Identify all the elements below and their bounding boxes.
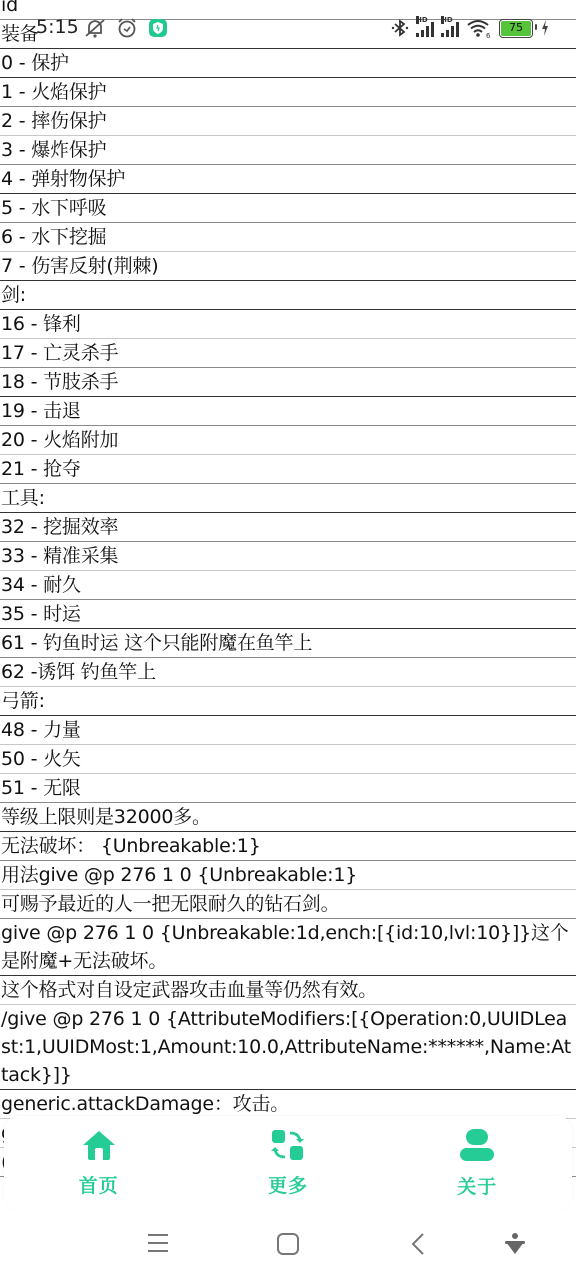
assistant-button[interactable] xyxy=(504,1232,526,1260)
bottom-tab-bar: 首页 更多 关于 xyxy=(4,1116,572,1210)
list-item: 62 -诱饵 钓鱼竿上 xyxy=(0,658,576,687)
list-item: 35 - 时运 xyxy=(0,600,576,629)
list-item: 3 - 爆炸保护 xyxy=(0,136,576,165)
tab-about[interactable]: 关于 xyxy=(417,1128,537,1199)
list-item: 19 - 击退 xyxy=(0,397,576,426)
tab-home-label: 首页 xyxy=(79,1171,119,1198)
list-item: 16 - 锋利 xyxy=(0,310,576,339)
tab-more[interactable]: 更多 xyxy=(228,1129,348,1198)
user-icon xyxy=(459,1128,495,1162)
list-item: /give @p 276 1 0 {AttributeModifiers:[{O… xyxy=(0,1005,576,1090)
list-item: 48 - 力量 xyxy=(0,716,576,745)
list-item: generic.attackDamage：攻击。 xyxy=(0,1090,576,1119)
list-item: 这个格式对自设定武器攻击血量等仍然有效。 xyxy=(0,976,576,1005)
menu-icon xyxy=(146,1232,170,1254)
enchant-list: id 装备 0 - 保护 1 - 火焰保护 2 - 摔伤保护 3 - 爆炸保护 … xyxy=(0,0,576,1177)
more-swap-icon xyxy=(271,1129,305,1161)
list-item: 4 - 弹射物保护 xyxy=(0,165,576,194)
list-item: 0 - 保护 xyxy=(0,49,576,78)
system-nav-bar xyxy=(0,1210,576,1280)
tab-about-label: 关于 xyxy=(457,1172,497,1199)
list-item: 可赐予最近的人一把无限耐久的钻石剑。 xyxy=(0,890,576,919)
list-item: 34 - 耐久 xyxy=(0,571,576,600)
list-item: 等级上限则是32000多。 xyxy=(0,803,576,832)
list-item: 61 - 钓鱼时运 这个只能附魔在鱼竿上 xyxy=(0,629,576,658)
list-item: 51 - 无限 xyxy=(0,774,576,803)
list-item: 33 - 精准采集 xyxy=(0,542,576,571)
home-square-icon xyxy=(276,1232,300,1256)
list-item: 32 - 挖掘效率 xyxy=(0,513,576,542)
section-header-tools: 工具: xyxy=(0,484,576,513)
list-item: 6 - 水下挖掘 xyxy=(0,223,576,252)
home-icon xyxy=(81,1129,117,1161)
list-item: 装备 xyxy=(0,20,576,49)
list-item: 用法give @p 276 1 0 {Unbreakable:1} xyxy=(0,861,576,890)
home-button[interactable] xyxy=(276,1232,300,1260)
section-header-bow: 弓箭: xyxy=(0,687,576,716)
list-item: 7 - 伤害反射(荆棘) xyxy=(0,252,576,281)
list-item: 2 - 摔伤保护 xyxy=(0,107,576,136)
tab-more-label: 更多 xyxy=(268,1171,308,1198)
list-item: 20 - 火焰附加 xyxy=(0,426,576,455)
section-header-sword: 剑: xyxy=(0,281,576,310)
back-icon xyxy=(410,1232,426,1256)
tab-home[interactable]: 首页 xyxy=(39,1129,159,1198)
list-item: 5 - 水下呼吸 xyxy=(0,194,576,223)
list-item: 17 - 亡灵杀手 xyxy=(0,339,576,368)
menu-button[interactable] xyxy=(146,1232,170,1258)
list-item: id xyxy=(0,0,576,20)
list-item: 50 - 火矢 xyxy=(0,745,576,774)
list-item: give @p 276 1 0 {Unbreakable:1d,ench:[{i… xyxy=(0,919,576,976)
list-item: 1 - 火焰保护 xyxy=(0,78,576,107)
list-item: 无法破坏： {Unbreakable:1} xyxy=(0,832,576,861)
assistant-icon xyxy=(504,1232,526,1256)
list-item: 18 - 节肢杀手 xyxy=(0,368,576,397)
back-button[interactable] xyxy=(410,1232,426,1260)
list-item: 21 - 抢夺 xyxy=(0,455,576,484)
